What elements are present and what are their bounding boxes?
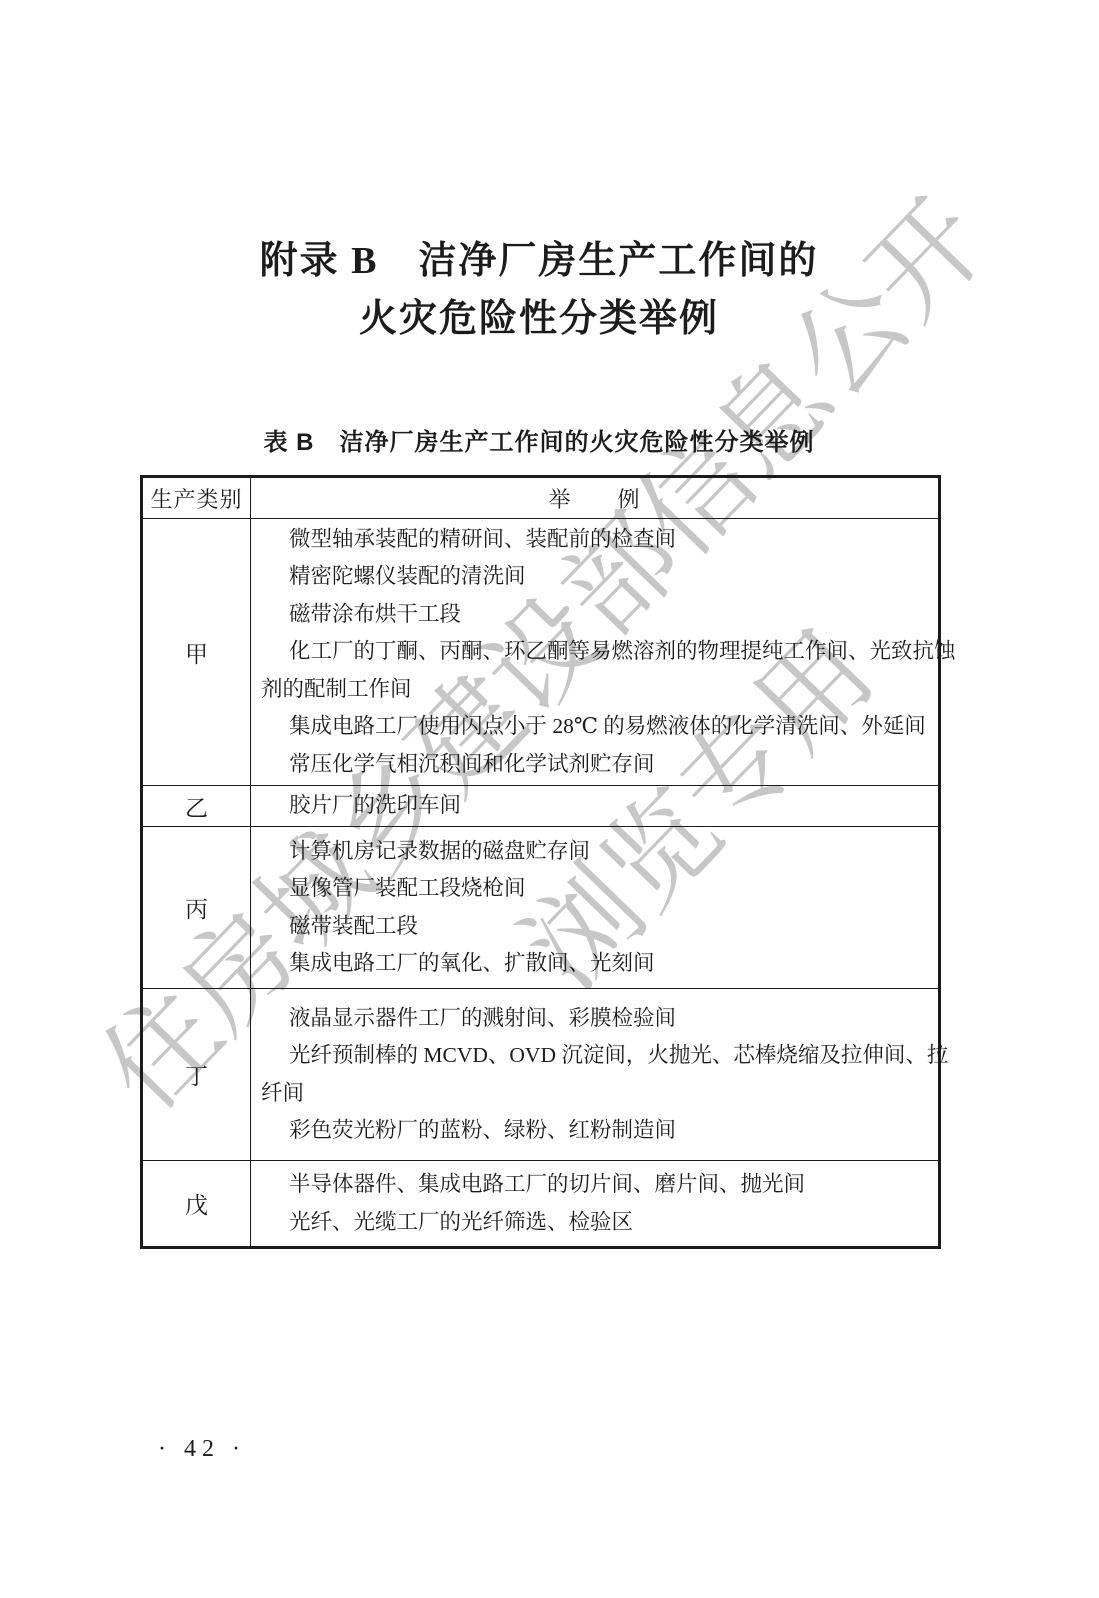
table-caption: 表 B 洁净厂房生产工作间的火灾危险性分类举例 (140, 428, 938, 458)
example-line: 常压化学气相沉积间和化学试剂贮存间 (251, 746, 938, 784)
example-line: 彩色荧光粉厂的蓝粉、绿粉、红粉制造间 (251, 1112, 938, 1150)
example-line: 磁带装配工段 (251, 908, 938, 946)
example-line: 光纤预制棒的 MCVD、OVD 沉淀间，火抛光、芯棒烧缩及拉伸间、拉 (251, 1037, 938, 1075)
example-line: 集成电路工厂使用闪点小于 28℃ 的易燃液体的化学清洗间、外延间 (251, 708, 938, 746)
example-line: 显像管厂装配工段烧枪间 (251, 870, 938, 908)
example-line: 精密陀螺仪装配的清洗间 (251, 558, 938, 596)
examples-cell: 液晶显示器件工厂的溅射间、彩膜检验间光纤预制棒的 MCVD、OVD 沉淀间，火抛… (251, 989, 940, 1161)
table-row: 丙计算机房记录数据的磁盘贮存间显像管厂装配工段烧枪间磁带装配工段集成电路工厂的氧… (142, 827, 940, 989)
category-cell: 甲 (142, 519, 251, 786)
table-header-row: 生产类别 举 例 (142, 477, 940, 519)
examples-cell: 计算机房记录数据的磁盘贮存间显像管厂装配工段烧枪间磁带装配工段集成电路工厂的氧化… (251, 827, 940, 989)
examples-cell: 半导体器件、集成电路工厂的切片间、磨片间、抛光间光纤、光缆工厂的光纤筛选、检验区 (251, 1161, 940, 1248)
table-row: 戊半导体器件、集成电路工厂的切片间、磨片间、抛光间光纤、光缆工厂的光纤筛选、检验… (142, 1161, 940, 1248)
example-line: 微型轴承装配的精研间、装配前的检查间 (251, 521, 938, 559)
classification-table: 生产类别 举 例 甲微型轴承装配的精研间、装配前的检查间精密陀螺仪装配的清洗间磁… (140, 475, 941, 1249)
appendix-title-line-2: 火灾危险性分类举例 (140, 296, 938, 342)
table-row: 甲微型轴承装配的精研间、装配前的检查间精密陀螺仪装配的清洗间磁带涂布烘干工段化工… (142, 519, 940, 786)
category-cell: 戊 (142, 1161, 251, 1248)
examples-cell: 微型轴承装配的精研间、装配前的检查间精密陀螺仪装配的清洗间磁带涂布烘干工段化工厂… (251, 519, 940, 786)
example-line: 液晶显示器件工厂的溅射间、彩膜检验间 (251, 1000, 938, 1038)
table-body: 生产类别 举 例 甲微型轴承装配的精研间、装配前的检查间精密陀螺仪装配的清洗间磁… (142, 477, 940, 1248)
example-line: 纤间 (251, 1075, 938, 1113)
category-cell: 乙 (142, 786, 251, 827)
example-line: 光纤、光缆工厂的光纤筛选、检验区 (251, 1204, 938, 1242)
examples-cell: 胶片厂的洗印车间 (251, 786, 940, 827)
example-line: 化工厂的丁酮、丙酮、环乙酮等易燃溶剂的物理提纯工作间、光致抗蚀 (251, 633, 938, 671)
header-category: 生产类别 (142, 477, 251, 519)
example-line: 半导体器件、集成电路工厂的切片间、磨片间、抛光间 (251, 1166, 938, 1204)
category-cell: 丁 (142, 989, 251, 1161)
table-row: 乙胶片厂的洗印车间 (142, 786, 940, 827)
category-cell: 丙 (142, 827, 251, 989)
example-line: 集成电路工厂的氧化、扩散间、光刻间 (251, 945, 938, 983)
page-number: · 42 · (158, 1436, 246, 1463)
document-page: 附录 B 洁净厂房生产工作间的 火灾危险性分类举例 表 B 洁净厂房生产工作间的… (0, 0, 1099, 1598)
example-line: 剂的配制工作间 (251, 671, 938, 709)
example-line: 磁带涂布烘干工段 (251, 596, 938, 634)
example-line: 胶片厂的洗印车间 (251, 787, 938, 825)
header-examples: 举 例 (251, 477, 940, 519)
example-line: 计算机房记录数据的磁盘贮存间 (251, 833, 938, 871)
table-row: 丁液晶显示器件工厂的溅射间、彩膜检验间光纤预制棒的 MCVD、OVD 沉淀间，火… (142, 989, 940, 1161)
appendix-title-line-1: 附录 B 洁净厂房生产工作间的 (140, 238, 938, 284)
